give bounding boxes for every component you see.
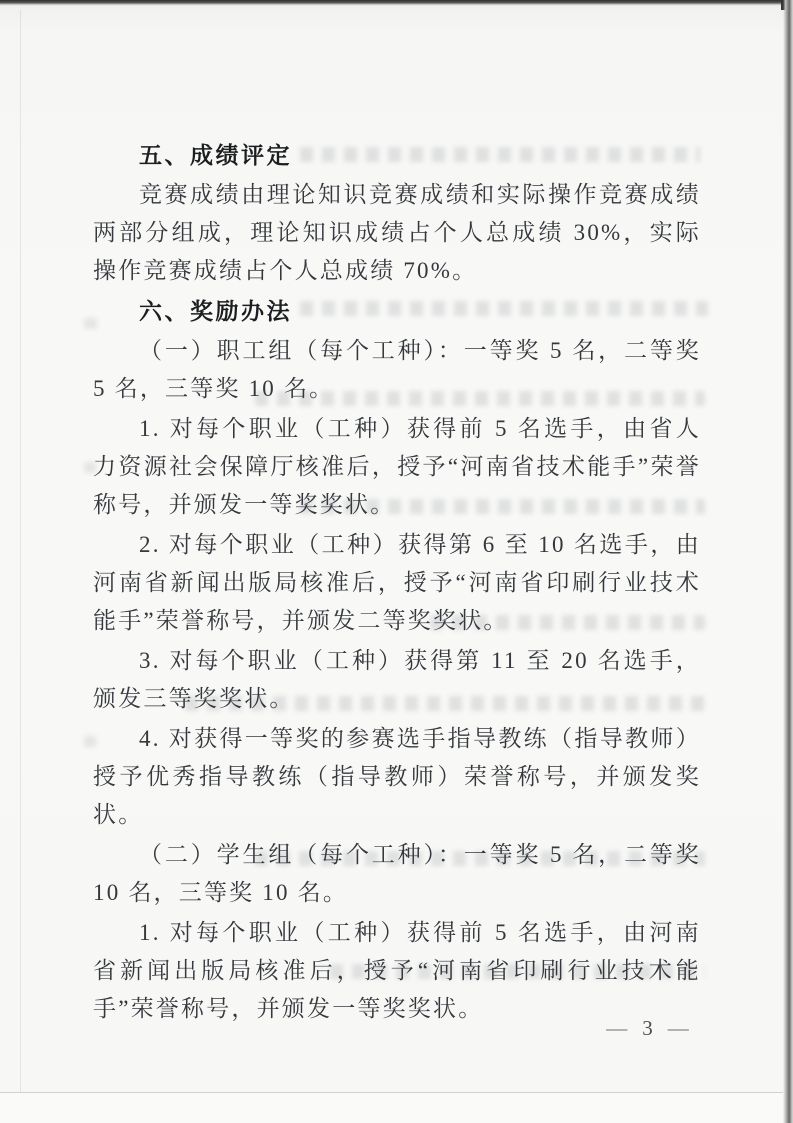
scanned-document-page: 五、成绩评定 竞赛成绩由理论知识竞赛成绩和实际操作竞赛成绩两部分组成，理论知识成… [0,0,793,1123]
paragraph: （一）职工组（每个工种）：一等奖 5 名，二等奖 5 名，三等奖 10 名。 [93,332,701,408]
paragraph: （二）学生组（每个工种）：一等奖 5 名，二等奖 10 名，三等奖 10 名。 [93,836,701,912]
page-number-right-dash: — [668,1016,690,1041]
page-number: — 3 — [596,1016,700,1041]
page-number-value: 3 [642,1016,654,1041]
scan-top-edge [0,0,793,6]
section-heading-5: 五、成绩评定 [93,136,701,174]
paragraph: 4. 对获得一等奖的参赛选手指导教练（指导教师）授予优秀指导教练（指导教师）荣誉… [93,720,701,834]
paragraph: 3. 对每个职业（工种）获得第 11 至 20 名选手，颁发三等奖奖状。 [93,642,701,718]
paragraph: 竞赛成绩由理论知识竞赛成绩和实际操作竞赛成绩两部分组成，理论知识成绩占个人总成绩… [93,176,701,290]
page-number-left-dash: — [606,1016,628,1041]
scan-right-edge [783,0,793,1123]
scan-left-paper-edge [20,10,21,1123]
paragraph: 2. 对每个职业（工种）获得第 6 至 10 名选手，由河南省新闻出版局核准后，… [93,526,701,640]
section-heading-6: 六、奖励办法 [93,292,701,330]
scan-bottom-margin [0,1093,783,1123]
document-body: 五、成绩评定 竞赛成绩由理论知识竞赛成绩和实际操作竞赛成绩两部分组成，理论知识成… [93,136,701,1030]
paragraph: 1. 对每个职业（工种）获得前 5 名选手，由河南省新闻出版局核准后，授予“河南… [93,914,701,1028]
paragraph: 1. 对每个职业（工种）获得前 5 名选手，由省人力资源社会保障厅核准后，授予“… [93,410,701,524]
